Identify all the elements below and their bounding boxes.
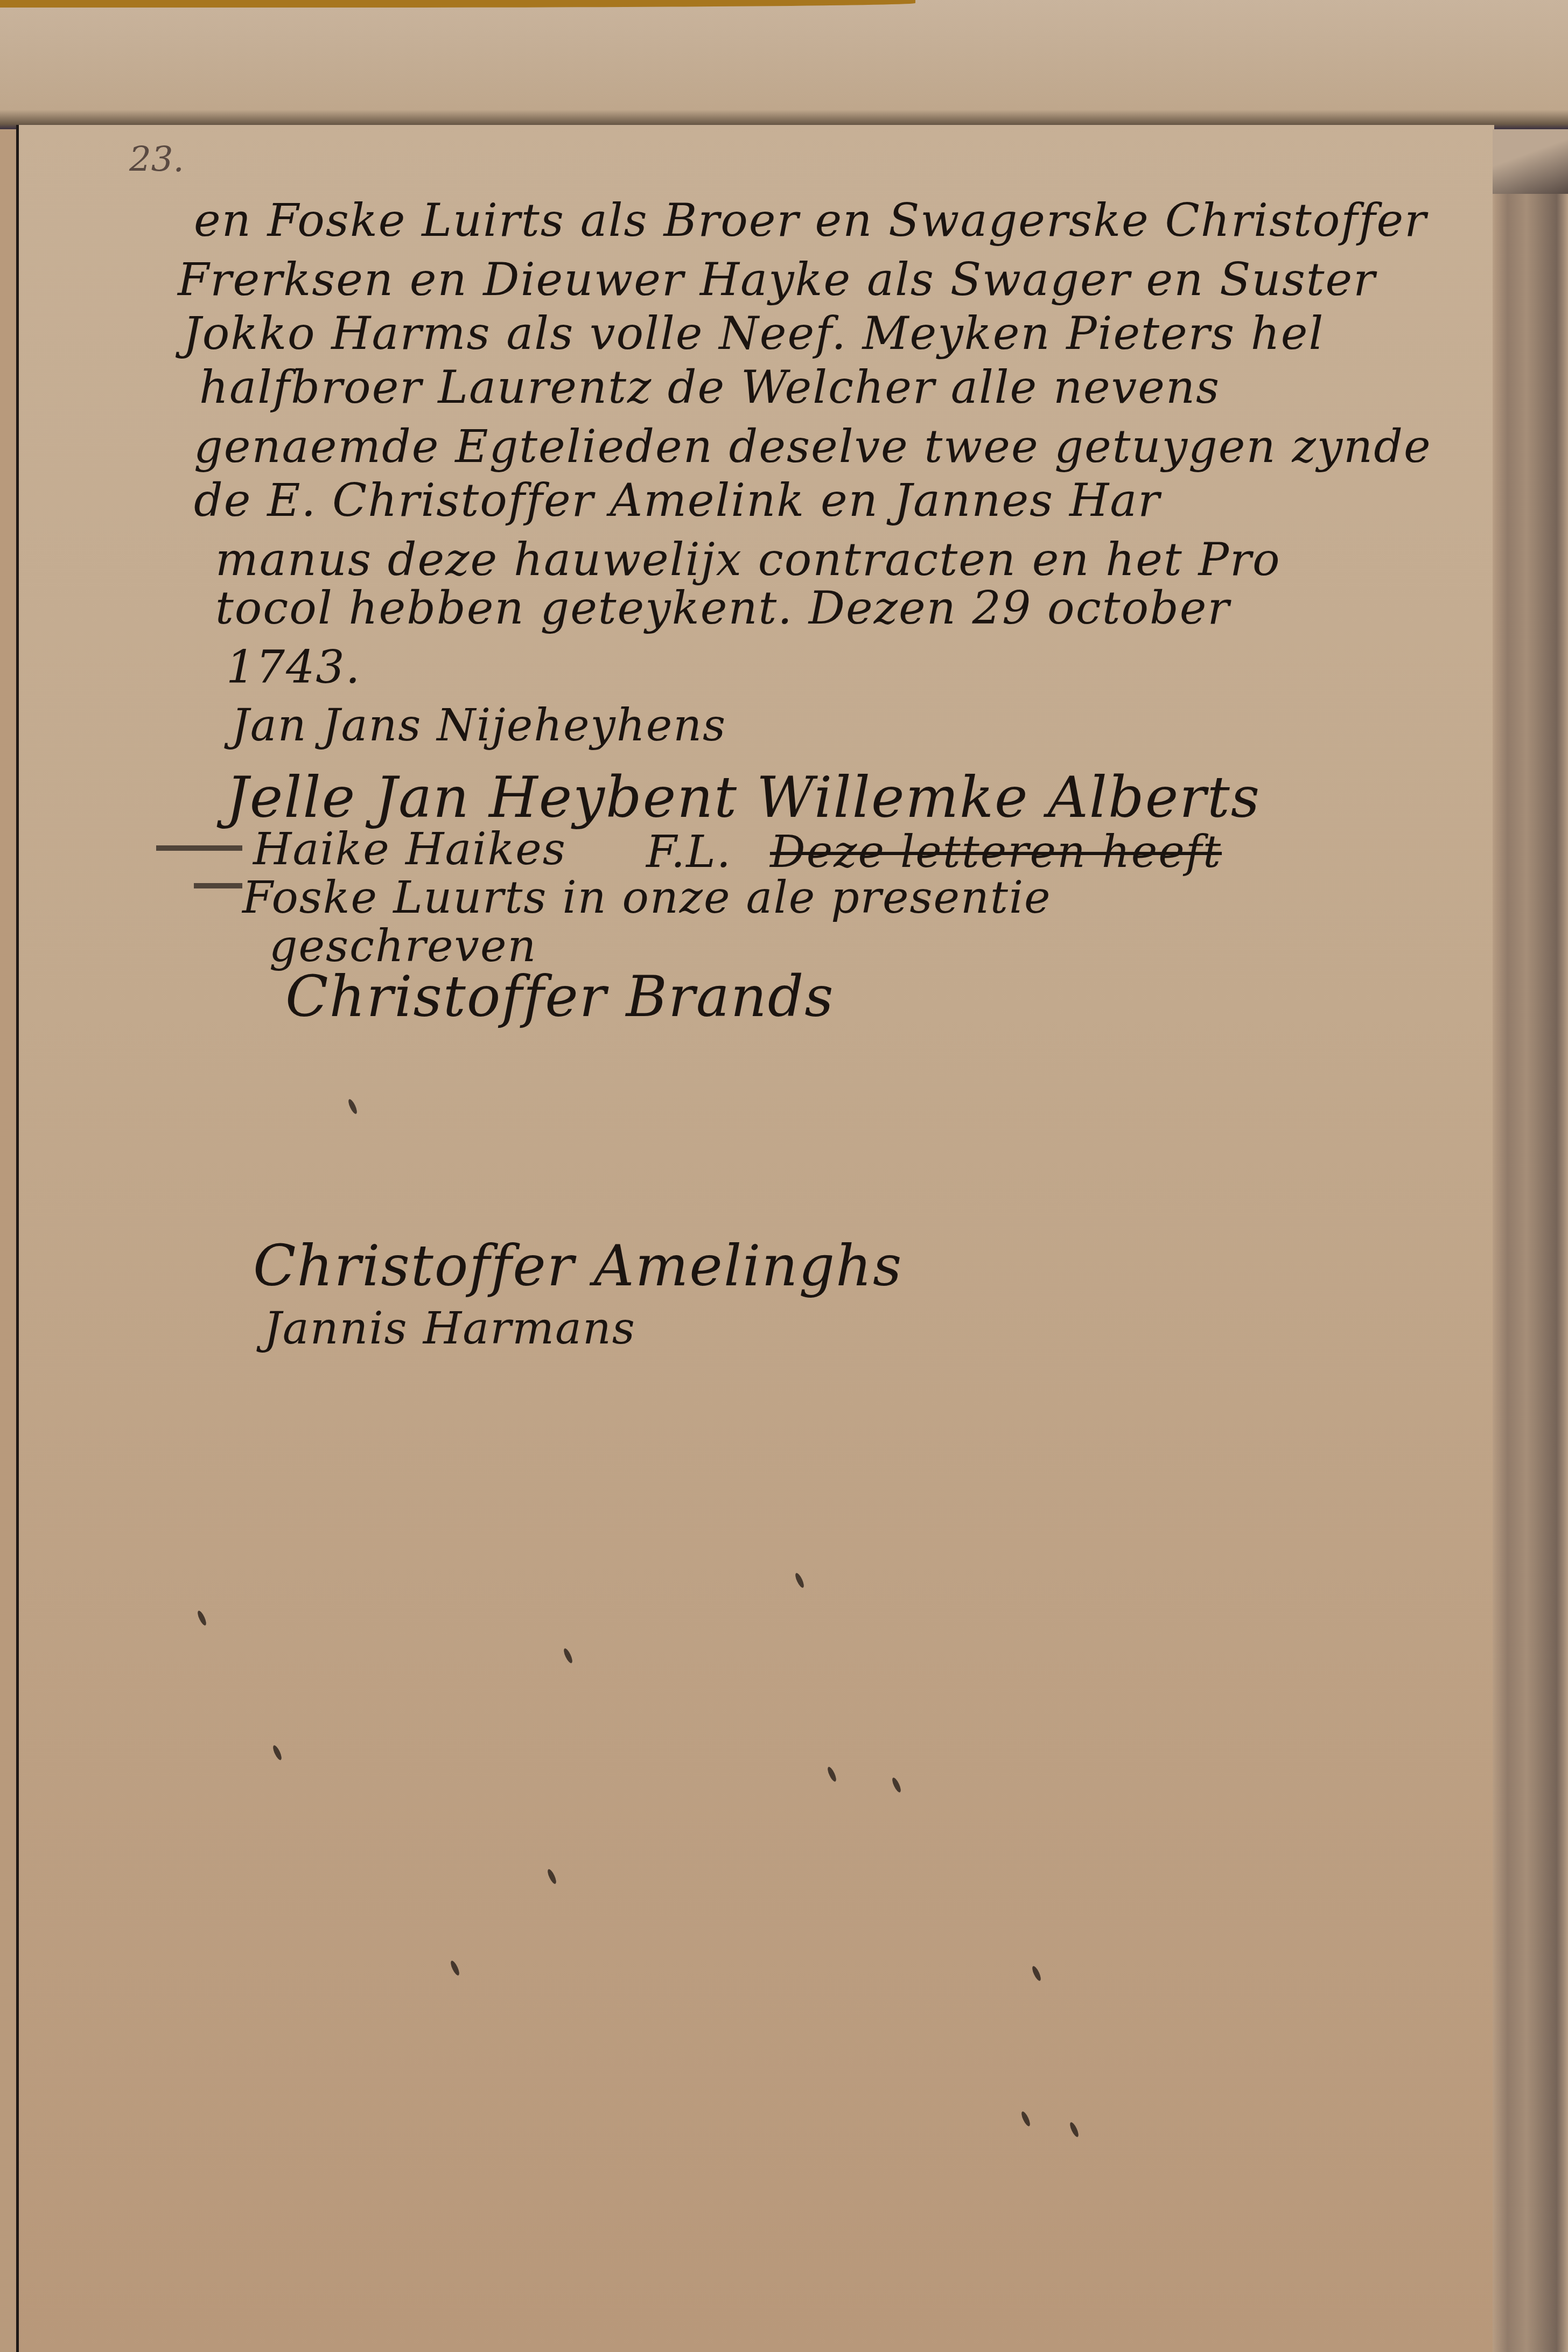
page-binding-edge [1493, 129, 1568, 2352]
text-line-9-year: 1743. [226, 641, 361, 694]
signature-jelle-willemke: Jelle Jan Heybent Willemke Alberts [226, 765, 1261, 830]
mark-initials: F.L. [646, 827, 732, 878]
signature-haike-haikes: Haike Haikes [253, 824, 566, 875]
mark-note-line-1: Deze letteren heeft [770, 827, 1222, 878]
clip-edge [0, 0, 915, 8]
mark-note-line-2: Foske Luurts in onze ale presentie [242, 872, 1052, 923]
signature-christoffer-brands: Christoffer Brands [285, 964, 835, 1030]
signature-jan-jans: Jan Jans Nijeheyhens [232, 700, 726, 751]
text-line-6: de E. Christoffer Amelink en Jannes Har [194, 474, 1160, 527]
text-line-5: genaemde Egtelieden deselve twee getuyge… [194, 420, 1432, 473]
folio-number: 23. [129, 140, 184, 180]
dash-mark-2 [194, 883, 242, 888]
dash-mark [156, 845, 242, 851]
text-line-2: Frerksen en Dieuwer Hayke als Swager en … [178, 253, 1376, 306]
top-edge-strip [0, 0, 1568, 129]
text-line-4: halfbroer Laurentz de Welcher alle neven… [199, 361, 1220, 414]
binding-corner [1493, 129, 1568, 194]
witness-signature-harmans: Jannis Harmans [264, 1303, 636, 1354]
text-line-7: manus deze hauwelijx contracten en het P… [215, 533, 1281, 586]
text-line-1: en Foske Luirts als Broer en Swagerske C… [194, 194, 1427, 247]
text-line-8: tocol hebben geteykent. Dezen 29 october [215, 582, 1230, 634]
text-line-3: Jokko Harms als volle Neef. Meyken Piete… [183, 307, 1324, 360]
witness-signature-amelinghs: Christoffer Amelinghs [253, 1233, 902, 1299]
